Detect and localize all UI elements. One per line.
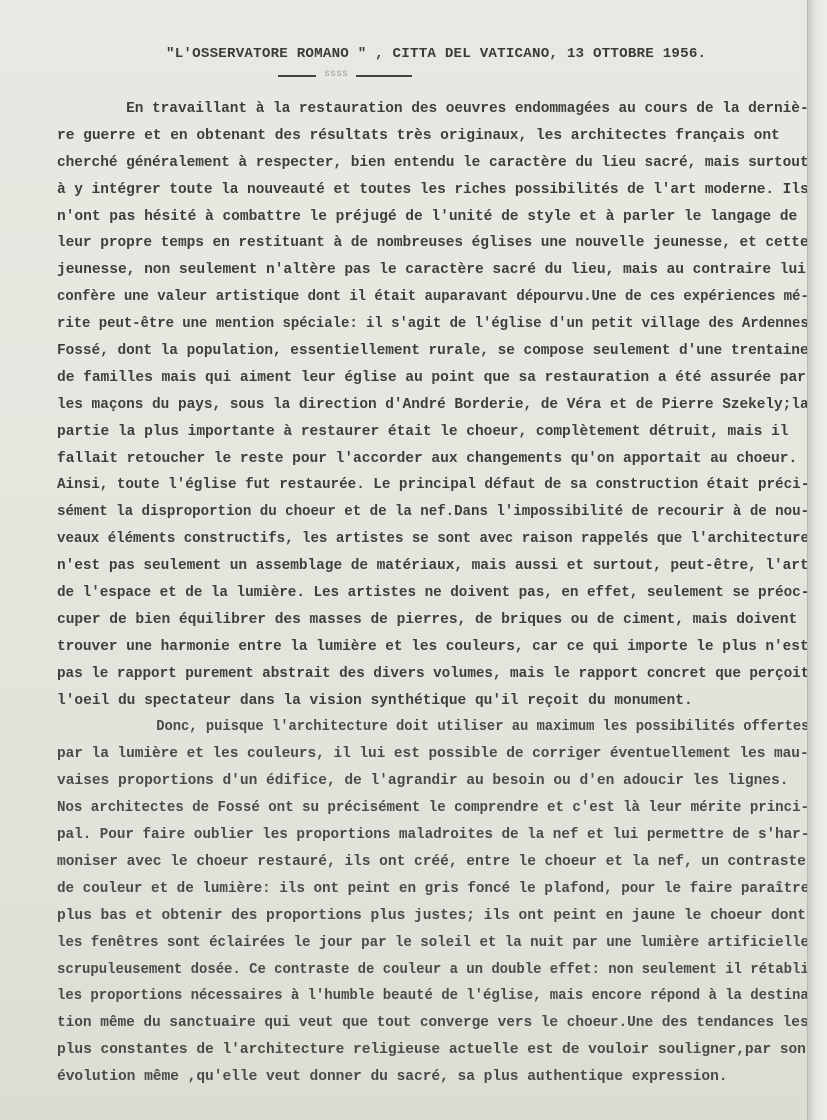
text-line: Ainsi, toute l'église fut restaurée. Le … [57,472,803,499]
text-line: leur propre temps en restituant à de nom… [57,230,811,257]
text-line: veaux éléments constructifs, les artiste… [57,526,794,553]
paragraph-2: Donc, puisque l'architecture doit utilis… [57,714,817,1090]
text-line: pas le rapport purement abstrait des div… [57,661,803,688]
page-edge [807,0,827,1120]
text-line: Fossé, dont la population, essentielleme… [57,338,811,365]
text-line: confère une valeur artistique dont il ét… [57,284,786,311]
text-line: re guerre et en obtenant des résultats t… [57,123,817,150]
text-line: rite peut-être une mention spéciale: il … [57,311,786,338]
text-line: évolution même ,qu'elle veut donner du s… [57,1064,817,1091]
document-body: En travaillant à la restauration des oeu… [57,96,817,1091]
text-line: plus bas et obtenir des proportions plus… [57,903,817,930]
text-line: tion même du sanctuaire qui veut que tou… [57,1010,811,1037]
text-line: pal. Pour faire oublier les proportions … [57,822,803,849]
text-line: les fenêtres sont éclairées le jour par … [57,930,794,957]
paragraph-1: En travaillant à la restauration des oeu… [57,96,817,714]
text-line: scrupuleusement dosée. Ce contraste de c… [57,957,786,984]
separator-rule-right [356,69,412,77]
text-line: Donc, puisque l'architecture doit utilis… [57,714,779,741]
text-line: les maçons du pays, sous la direction d'… [57,392,811,419]
text-line: jeunesse, non seulement n'altère pas le … [57,257,817,284]
text-line: par la lumière et les couleurs, il lui e… [57,741,811,768]
text-line: En travaillant à la restauration des oeu… [57,96,811,123]
text-line: Nos architectes de Fossé ont su précisém… [57,795,794,822]
text-line: sément la disproportion du choeur et de … [57,499,794,526]
text-line: vaises proportions d'un édifice, de l'ag… [57,768,817,795]
separator-mark: ssss [324,69,348,80]
text-line: cuper de bien équilibrer des masses de p… [57,607,817,634]
text-line: de couleur et de lumière: ils ont peint … [57,876,803,903]
text-line: de familles mais qui aiment leur église … [57,365,817,392]
text-line: de l'espace et de la lumière. Les artist… [57,580,803,607]
source-line: "L'OSSERVATORE ROMANO " , CITTA DEL VATI… [166,46,706,62]
text-line: plus constantes de l'architecture religi… [57,1037,817,1064]
text-line: n'est pas seulement un assemblage de mat… [57,553,811,580]
text-line: moniser avec le choeur restauré, ils ont… [57,849,817,876]
text-line: partie la plus importante à restaurer ét… [57,419,817,446]
text-line: l'oeil du spectateur dans la vision synt… [57,688,817,715]
text-line: trouver une harmonie entre la lumière et… [57,634,811,661]
header-separator: ssss [278,68,412,80]
separator-rule-left [278,69,316,77]
document-page: "L'OSSERVATORE ROMANO " , CITTA DEL VATI… [0,0,807,1120]
text-line: n'ont pas hésité à combattre le préjugé … [57,204,817,231]
text-line: cherché généralement à respecter, bien e… [57,150,811,177]
text-line: à y intégrer toute la nouveauté et toute… [57,177,811,204]
text-line: les proportions nécessaires à l'humble b… [57,983,786,1010]
text-line: fallait retoucher le reste pour l'accord… [57,446,817,473]
